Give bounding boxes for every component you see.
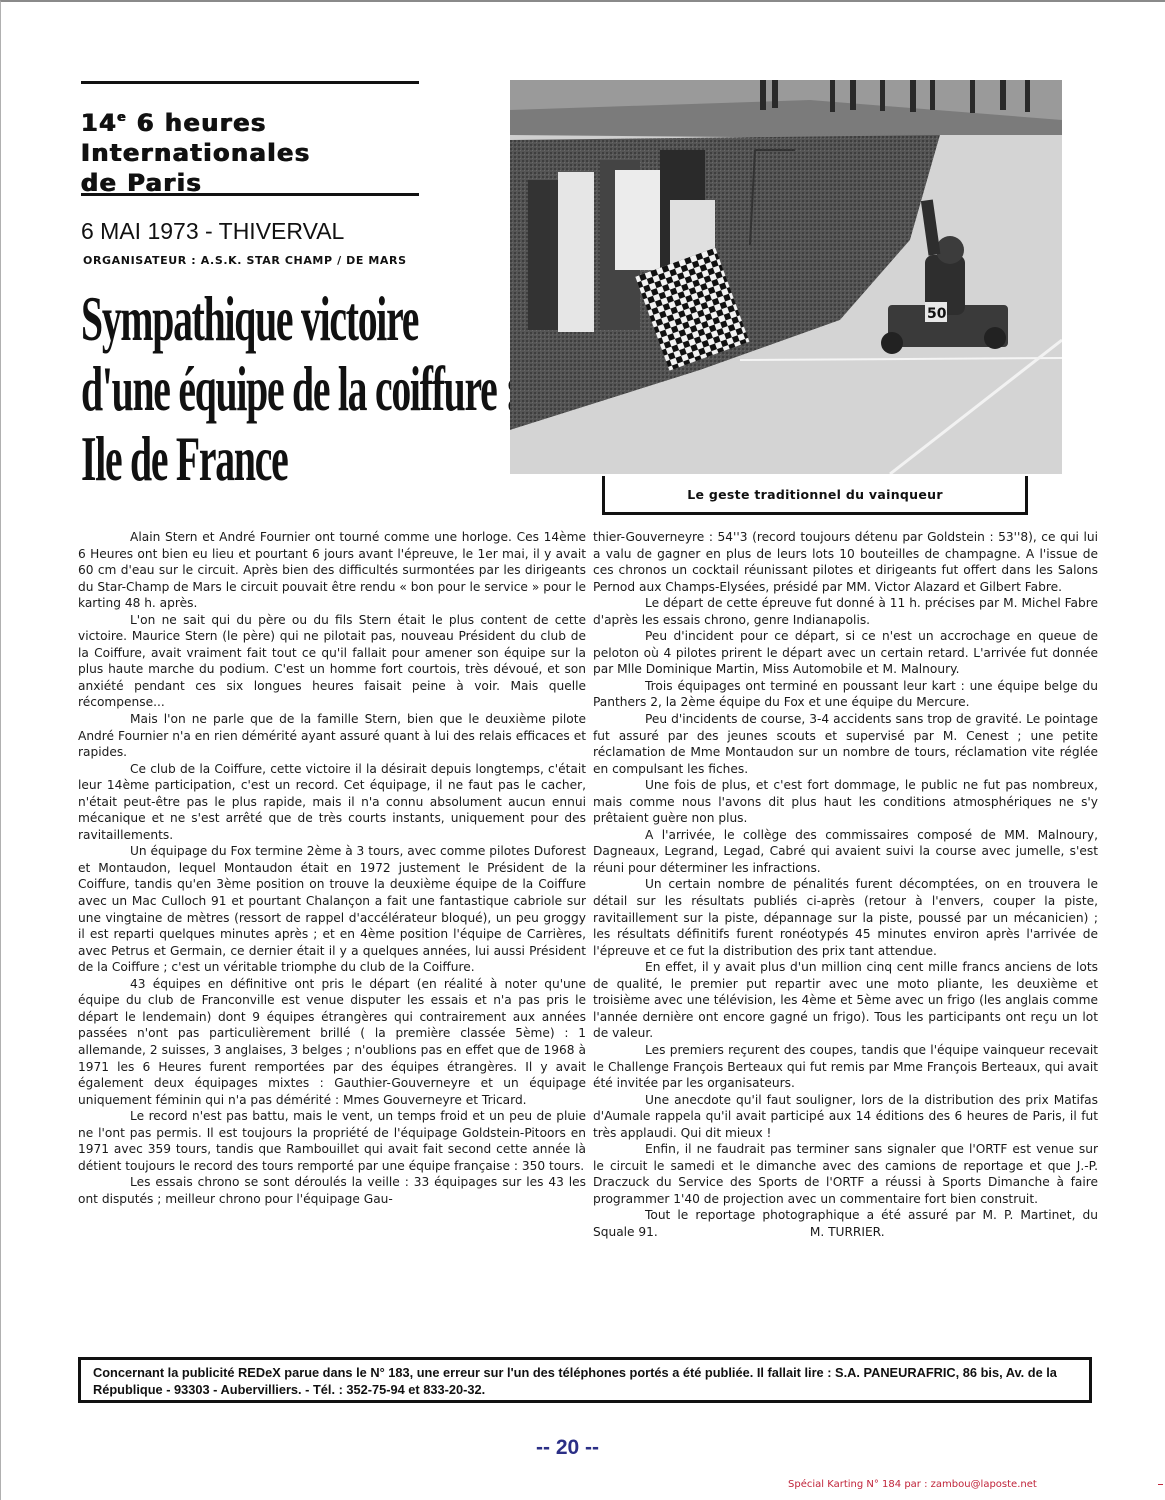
paragraph: Un certain nombre de pénalités furent dé… bbox=[593, 876, 1098, 959]
svg-text:50: 50 bbox=[927, 306, 947, 322]
page-number: -- 20 -- bbox=[536, 1436, 599, 1460]
credit-underscore-mark bbox=[1158, 1484, 1163, 1485]
race-finish-photo: 50 bbox=[510, 80, 1062, 474]
paragraph: 43 équipes en définitive ont pris le dép… bbox=[78, 976, 586, 1108]
kicker-bottom-rule bbox=[81, 193, 419, 196]
paragraph: Enfin, il ne faudrait pas terminer sans … bbox=[593, 1141, 1098, 1207]
paragraph: Peu d'incidents de course, 3-4 accidents… bbox=[593, 711, 1098, 777]
paragraph: Le record n'est pas battu, mais le vent,… bbox=[78, 1108, 586, 1174]
paragraph: Trois équipages ont terminé en poussant … bbox=[593, 678, 1098, 711]
paragraph: En effet, il y avait plus d'un million c… bbox=[593, 959, 1098, 1042]
paragraph: A l'arrivée, le collège des commissaires… bbox=[593, 827, 1098, 877]
paragraph: Alain Stern et André Fournier ont tourné… bbox=[78, 529, 586, 612]
article-headline: Sympathique victoire d'une équipe de la … bbox=[81, 284, 348, 494]
caption-text: Le geste traditionnel du vainqueur bbox=[687, 487, 943, 502]
organiser-line: ORGANISATEUR : A.S.K. STAR CHAMP / DE MA… bbox=[83, 254, 407, 267]
correction-notice-text: Concernant la publicité REDeX parue dans… bbox=[93, 1365, 1057, 1397]
section-kicker: 14e 6 heures Internationales de Paris bbox=[81, 102, 421, 198]
paragraph: Ce club de la Coiffure, cette victoire i… bbox=[78, 761, 586, 844]
author-signature: M. TURRIER. bbox=[758, 1224, 885, 1241]
paragraph: Les essais chrono se sont déroulés la ve… bbox=[78, 1174, 586, 1207]
correction-notice-box: Concernant la publicité REDeX parue dans… bbox=[78, 1357, 1092, 1403]
photo-caption: Le geste traditionnel du vainqueur bbox=[602, 476, 1028, 515]
paragraph: Les premiers reçurent des coupes, tandis… bbox=[593, 1042, 1098, 1092]
paragraph: L'on ne sait qui du père ou du fils Ster… bbox=[78, 612, 586, 711]
paragraph: Une anecdote qu'il faut souligner, lors … bbox=[593, 1092, 1098, 1142]
scan-credit: Spécial Karting N° 184 par : zambou@lapo… bbox=[788, 1479, 1037, 1490]
paragraph: thier-Gouverneyre : 54''3 (record toujou… bbox=[593, 529, 1098, 595]
paragraph: Mais l'on ne parle que de la famille Ste… bbox=[78, 711, 586, 761]
event-date-location: 6 MAI 1973 - THIVERVAL bbox=[81, 218, 344, 245]
paragraph: Un équipage du Fox termine 2ème à 3 tour… bbox=[78, 843, 586, 975]
kicker-top-rule bbox=[81, 81, 419, 84]
paragraph: Le départ de cette épreuve fut donné à 1… bbox=[593, 595, 1098, 628]
paragraph: Peu d'incident pour ce départ, si ce n'e… bbox=[593, 628, 1098, 678]
paragraph: Une fois de plus, et c'est fort dommage,… bbox=[593, 777, 1098, 827]
article-column-left: Alain Stern et André Fournier ont tourné… bbox=[78, 529, 586, 1207]
article-column-right: thier-Gouverneyre : 54''3 (record toujou… bbox=[593, 529, 1098, 1241]
paragraph: Tout le reportage photographique a été a… bbox=[593, 1207, 1098, 1240]
